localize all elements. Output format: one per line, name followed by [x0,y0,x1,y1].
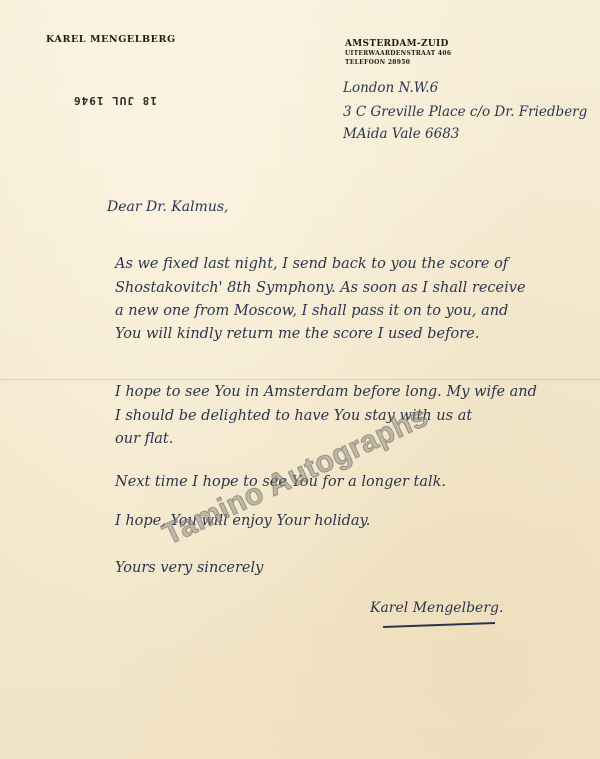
letterhead-city: AMSTERDAM-ZUID [345,40,451,49]
handwritten-address-line: MAida Vale 6683 [343,126,459,142]
body-line: a new one from Moscow, I shall pass it o… [115,303,508,319]
letterhead-street: UITERWAARDENSTRAAT 406 [345,49,451,58]
salutation: Dear Dr. Kalmus, [107,199,229,215]
handwritten-address-line: 3 C Greville Place c/o Dr. Friedberg [343,104,587,120]
body-line: You will kindly return me the score I us… [115,326,479,342]
body-line: our flat. [115,431,173,447]
signature: Karel Mengelberg. [370,600,503,616]
handwritten-address-line: London N.W.6 [343,80,438,96]
letterhead-address: AMSTERDAM-ZUID UITERWAARDENSTRAAT 406 TE… [345,40,451,67]
body-line: As we fixed last night, I send back to y… [115,256,508,272]
fold-line [0,379,600,381]
letterhead-phone: TELEFOON 28950 [345,58,451,67]
date-stamp: 18 JUL 1946 [73,94,157,107]
body-line: Shostakovitch' 8th Symphony. As soon as … [115,280,526,296]
body-line: I hope to see You in Amsterdam before lo… [115,384,537,400]
closing: Yours very sincerely [115,560,263,576]
letterhead-name: KAREL MENGELBERG [46,34,176,45]
